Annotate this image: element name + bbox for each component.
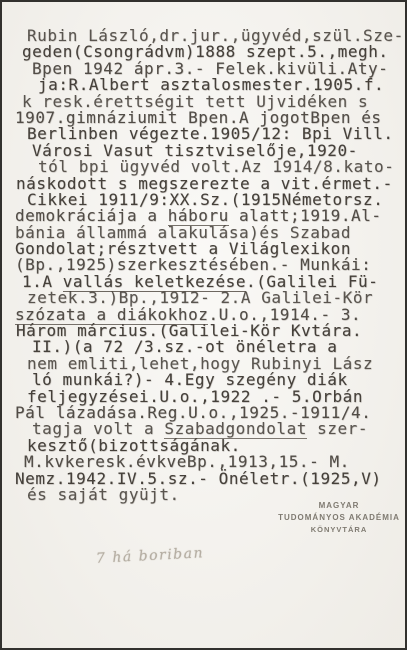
- typed-line: 1907.gimnáziumit Bpen.A jogotBpen és: [15, 110, 401, 126]
- underlined-text: szózata a diákokhoz: [15, 305, 208, 325]
- typed-line: nem emliti,lehet,hogy Rubinyi Lász: [15, 356, 401, 372]
- typed-line: (Bp.,1925)szerkesztésében.- Munkái:: [15, 257, 401, 273]
- library-stamp: MAGYAR TUDOMÁNYOS AKADÉMIA KÖNYVTÁRA: [264, 501, 407, 534]
- typed-line: szózata a diákokhoz.U.o.,1914.- 3.: [15, 307, 401, 323]
- typed-text-block: Rubin László,dr.jur.,ügyvéd,szül.Sze-ged…: [15, 28, 401, 503]
- typed-line: Rubin László,dr.jur.,ügyvéd,szül.Sze-: [15, 28, 401, 44]
- stamp-line-1: MAGYAR: [264, 501, 407, 510]
- scanned-card: Rubin László,dr.jur.,ügyvéd,szül.Sze-ged…: [0, 0, 407, 650]
- stamp-line-2: TUDOMÁNYOS AKADÉMIA: [264, 513, 407, 522]
- typed-line: M.kvkeresk.évkveBp.,1913,15.- M.: [15, 454, 401, 470]
- handwritten-note: 7 há boriban: [96, 545, 205, 567]
- typed-line: Bpen 1942 ápr.3.- Felek.kivüli.Aty-: [15, 61, 401, 77]
- typed-line: bánia állammá alakulása)és Szabad: [15, 225, 401, 241]
- underlined-text: Szabadgondolat: [164, 419, 307, 439]
- stamp-line-3: KÖNYVTÁRA: [264, 525, 407, 534]
- typed-line: tól bpi ügyvéd volt.Az 1914/8.kato-: [15, 159, 401, 175]
- typed-line: tagja volt a Szabadgondolat szer-: [15, 421, 401, 437]
